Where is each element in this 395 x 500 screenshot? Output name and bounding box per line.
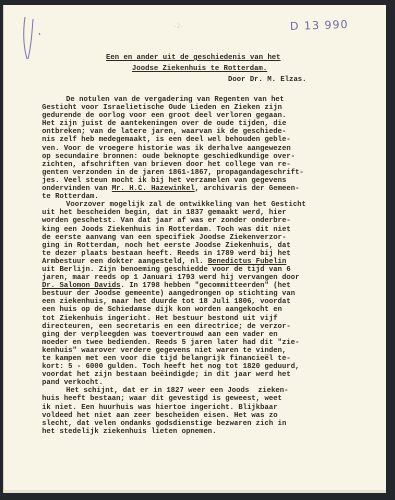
text-line: kort: 5 - 6000 gulden. Toch heeft het no…: [42, 363, 382, 371]
text-line: gedurende de oorlog voor een groot deel …: [42, 112, 382, 120]
document-page: D 13 990 -2- Een en ander uit de geschie…: [3, 5, 386, 493]
text-line: kenhuis" waarover verdere gegevens niet …: [42, 347, 382, 355]
text-line: ik niet. Een huurhuis was hiertoe ingeri…: [42, 404, 382, 412]
text-line: Gesticht voor Israelietische Oude Lieden…: [42, 104, 382, 112]
text-line: zichten, afschriften van brieven door he…: [42, 161, 382, 169]
document-title-line-1: Een en ander uit de geschiedenis van het: [42, 53, 382, 64]
typewritten-text: Een en ander uit de geschiedenis van het…: [42, 53, 382, 436]
page-indicator-bleedthrough: -2-: [173, 23, 184, 30]
paragraph-2: Voorzover mogelijk zal de ontwikkeling v…: [42, 201, 382, 387]
text-line: op secundaire bronnen: oude beknopte ges…: [42, 153, 382, 161]
text-line: Armbestuur een dokter aangesteld, nl. Be…: [42, 258, 382, 266]
page-edge: [4, 490, 386, 493]
text-line: te dezer plaats bestaan heeft. Reeds in …: [42, 250, 382, 258]
text-line: voordat het zijn bestaan beëindigde; in …: [42, 371, 382, 379]
text-fragment: ondervinden van: [42, 185, 112, 193]
text-line: ondervinden van Mr. H.C. Hazewinkel, arc…: [42, 185, 382, 193]
text-fragment: Armbestuur een dokter aangesteld, nl.: [42, 258, 208, 266]
text-line: De notulen van de vergadering van Regent…: [42, 96, 382, 104]
text-line: pand verkocht.: [42, 379, 382, 387]
text-line: uit het bescheiden begin, dat in 1837 ge…: [42, 209, 382, 217]
text-line: een huis op de Schiedamse dijk kon worde…: [42, 306, 382, 314]
text-line: de eerste aanvang van een specifiek Jood…: [42, 234, 382, 242]
text-line: uit Berlijn. Zijn benoeming geschiedde v…: [42, 266, 382, 274]
archive-number: D 13 990: [290, 18, 349, 33]
text-line: bestuur der Joodse gemeente) aangedronge…: [42, 290, 382, 298]
text-line: ging der verpleegden was toevertrouwd aa…: [42, 331, 382, 339]
text-line: worden geschetst. Van dat jaar af was er…: [42, 217, 382, 225]
text-line: nis zelf heb medegemaakt, is een deel we…: [42, 136, 382, 144]
text-line: genten verzonden in de jaren 1861-1867, …: [42, 169, 382, 177]
paragraph-3: Het schijnt, dat er in 1827 weer een Joo…: [42, 387, 382, 436]
text-line: een ziekenhuis, maar het duurde tot 18 J…: [42, 298, 382, 306]
text-line: huis heeft bestaan; waar dit gevestigd i…: [42, 395, 382, 403]
text-line: voldeed het niet aan zeer bescheiden eis…: [42, 412, 382, 420]
text-fragment: . In 1798 hebben "gecommitteerden" (het: [121, 282, 291, 290]
text-line: jaren, maar reeds op 1 Januari 1793 werd…: [42, 274, 382, 282]
text-line: Voorzover mogelijk zal de ontwikkeling v…: [42, 201, 382, 209]
text-line: ven. Voor de vroegere historie was ik de…: [42, 145, 382, 153]
text-line: jes. Veel steun mocht ik bij het verzame…: [42, 177, 382, 185]
text-line: directeuren, een secretaris en een direc…: [42, 323, 382, 331]
text-line: te kampen met een voor die tijd belangri…: [42, 355, 382, 363]
text-line: Dr. Salomon Davids. In 1798 hebben "geco…: [42, 282, 382, 290]
text-line: slecht, dat velen ondanks godsdienstige …: [42, 420, 382, 428]
text-line: Het schijnt, dat er in 1827 weer een Joo…: [42, 387, 382, 395]
author-byline: Door Dr. M. Elzas.: [42, 75, 382, 86]
document-title-line-2: Joodse Ziekenhuis te Rotterdam.: [42, 64, 382, 75]
text-line: te Rotterdam.: [42, 193, 382, 201]
text-line: tot Ziekenhuis ingericht. Het bestuur be…: [42, 315, 382, 323]
name-fubelin: Benedictus Fubelin: [208, 258, 287, 266]
text-line: moeder en twee bedienden. Reeds 5 jaren …: [42, 339, 382, 347]
name-davids: Dr. Salomon Davids: [42, 282, 121, 290]
text-line: het stedelijk ziekenhuis lieten opnemen.: [42, 428, 382, 436]
text-line: ging in Rotterdam, noch het eerste Joods…: [42, 242, 382, 250]
text-line: Het zijn juist de aantekeningen over de …: [42, 120, 382, 128]
text-line: king een Joods Ziekenhuis in Rotterdam. …: [42, 226, 382, 234]
paragraph-1: De notulen van de vergadering van Regent…: [42, 96, 382, 201]
name-hazewinkel: Mr. H.C. Hazewinkel: [112, 185, 195, 193]
text-line: ontbreken; van de latere jaren, waarvan …: [42, 128, 382, 136]
text-fragment: , archivaris der Gemeen-: [195, 185, 300, 193]
